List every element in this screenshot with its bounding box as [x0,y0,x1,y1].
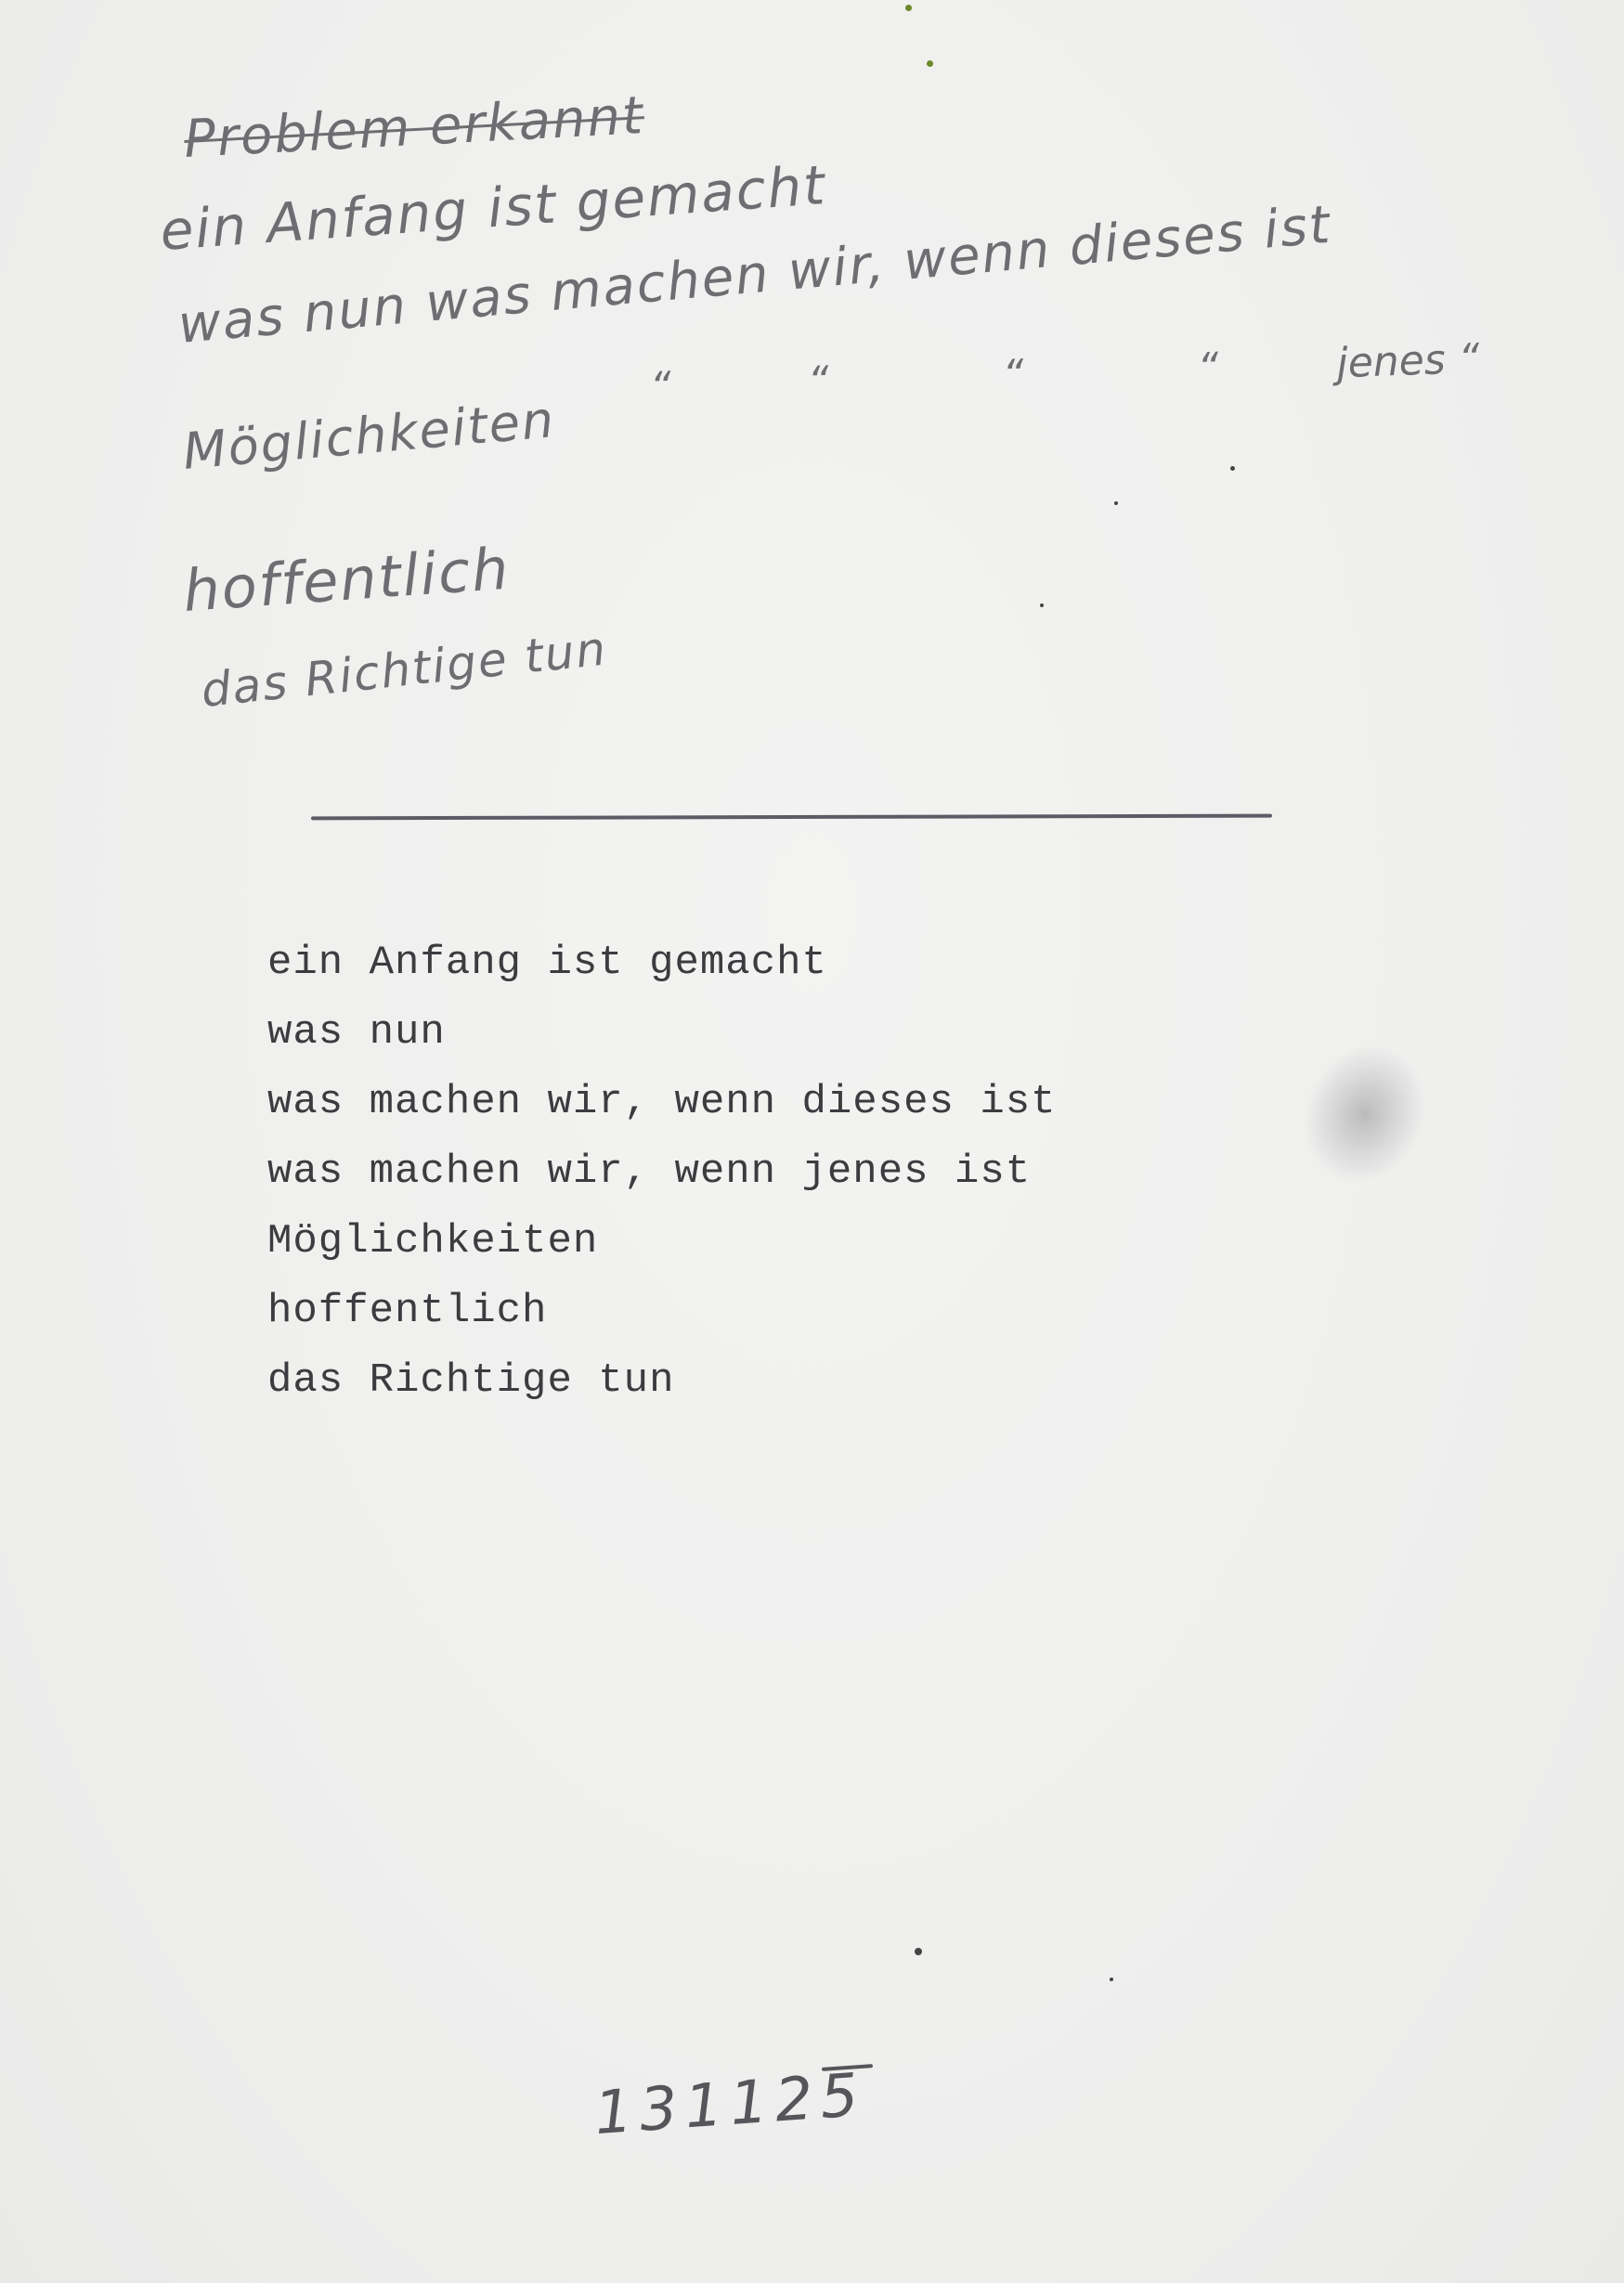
paper-speck [915,1948,922,1955]
typed-line: ein Anfang ist gemacht [267,928,1057,998]
ditto-mark: “ [807,357,830,406]
paper-speck [905,5,912,11]
ditto-word: jenes “ [1336,335,1481,387]
ditto-mark: “ [1197,344,1220,393]
typed-line: was machen wir, wenn dieses ist [267,1068,1057,1137]
ditto-mark: “ [1002,351,1025,399]
typed-line: Möglichkeiten [267,1207,1057,1277]
typed-line: was nun [267,998,1057,1068]
typed-line: hoffentlich [267,1277,1057,1346]
paper-speck [1230,466,1235,471]
typed-line: das Richtige tun [267,1346,1057,1416]
paper-speck [1040,603,1044,607]
ditto-mark: “ [649,363,672,411]
typed-line: was machen wir, wenn jenes ist [267,1137,1057,1207]
typed-poem: ein Anfang ist gemacht was nun was mache… [267,928,1057,1416]
paper-speck [927,60,933,67]
paper-speck [1114,501,1118,505]
paper-speck [1110,1978,1113,1981]
